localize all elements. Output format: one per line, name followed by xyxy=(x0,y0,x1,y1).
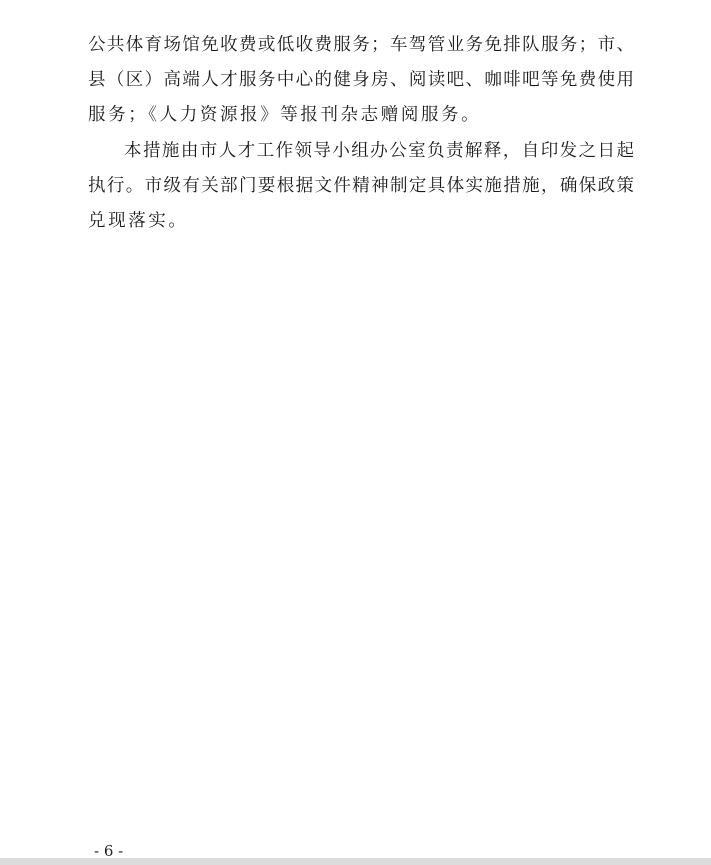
paragraph-1-line-2: 县（区）高端人才服务中心的健身房、阅读吧、咖啡吧等免费使用 xyxy=(88,68,634,92)
paragraph-1-line-3: 服务；《人力资源报》等报刊杂志赠阅服务。 xyxy=(88,103,634,127)
document-page: 公共体育场馆免收费或低收费服务；车驾管业务免排队服务；市、 县（区）高端人才服务… xyxy=(0,0,711,858)
paragraph-1-line-1: 公共体育场馆免收费或低收费服务；车驾管业务免排队服务；市、 xyxy=(88,33,634,57)
paragraph-2-line-1: 本措施由市人才工作领导小组办公室负责解释，自印发之日起 xyxy=(124,139,634,163)
paragraph-2-line-2: 执行。市级有关部门要根据文件精神制定具体实施措施，确保政策 xyxy=(88,174,634,198)
page-separator xyxy=(0,858,711,865)
paragraph-2-line-3: 兑现落实。 xyxy=(88,209,634,233)
